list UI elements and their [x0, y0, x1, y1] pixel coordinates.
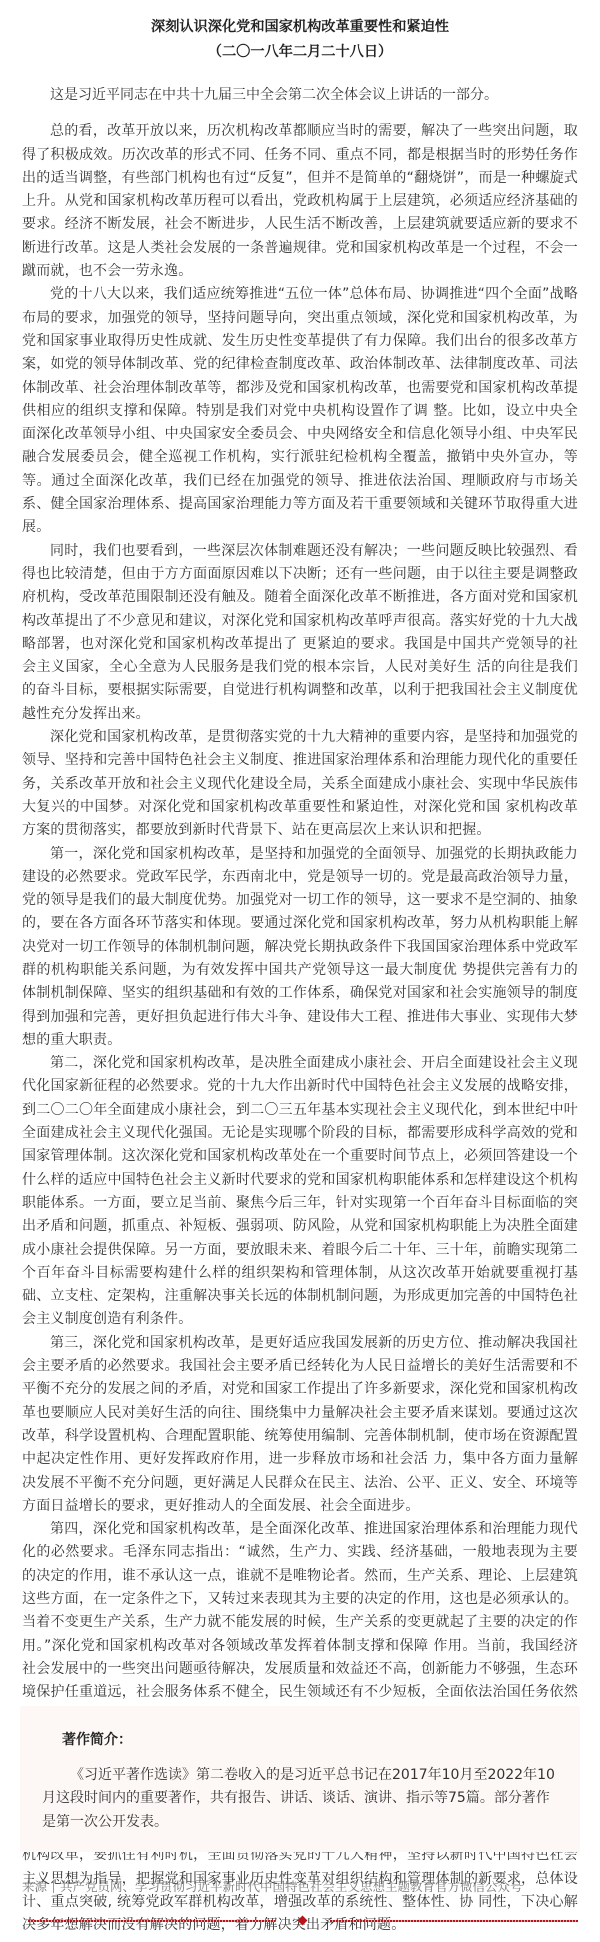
source-separator [53, 1880, 54, 1893]
book-intro-box: 著作简介： 《习近平著作选读》第二卷收入的是习近平总书记在2017年10月至20… [20, 1706, 580, 1852]
article-paragraph: 第三，深化党和国家机构改革，是更好适应我国发展新的历史方位、推动解决我国社会主要… [22, 1332, 578, 1518]
divider-line-left [28, 1920, 275, 1922]
article-title: 深刻认识深化党和国家机构改革重要性和紧迫性 [22, 0, 578, 37]
article-date: （二〇一八年二月二十八日） [22, 37, 578, 62]
article-paragraph: 党的十八大以来，我们适应统筹推进“五位一体”总体布局、协调推进“四个全面”战略布… [22, 283, 578, 539]
book-intro-text: 《习近平著作选读》第二卷收入的是习近平总书记在2017年10月至2022年10月… [42, 1764, 558, 1834]
source-label: 来源 [22, 1879, 47, 1894]
article-paragraph: 同时，我们也要看到，一些深层次体制难题还没有解决；一些问题反映比较强烈、看得也比… [22, 540, 578, 726]
article-paragraph: 深化党和国家机构改革，是贯彻落实党的十九大精神的重要内容，是坚持和加强党的领导、… [22, 726, 578, 842]
divider-line-right [330, 1920, 578, 1922]
article-paragraph: 第二，深化党和国家机构改革，是决胜全面建成小康社会、开启全面建设社会主义现代化国… [22, 1052, 578, 1332]
article-paragraph: 第一，深化党和国家机构改革，是坚持和加强党的全面领导、加强党的长期执政能力建设的… [22, 843, 578, 1053]
footer-divider [28, 1917, 578, 1925]
article-note: 这是习近平同志在中共十九届三中全会第二次全体会议上讲话的一部分。 [22, 84, 578, 107]
article-paragraph: 总的看，改革开放以来，历次机构改革都顺应当时的需要，解决了一些突出问题，取得了积… [22, 120, 578, 283]
source-text: 共产党员网、学习贯彻习近平新时代中国特色社会主义思想主题教育官方微信公众号 [60, 1879, 523, 1894]
book-intro-heading: 著作简介： [62, 1730, 558, 1750]
article: 深刻认识深化党和国家机构改革重要性和紧迫性 （二〇一八年二月二十八日） 这是习近… [22, 0, 578, 1937]
source-line: 来源共产党员网、学习贯彻习近平新时代中国特色社会主义思想主题教育官方微信公众号 [22, 1878, 523, 1896]
diamond-icon [298, 1916, 308, 1926]
